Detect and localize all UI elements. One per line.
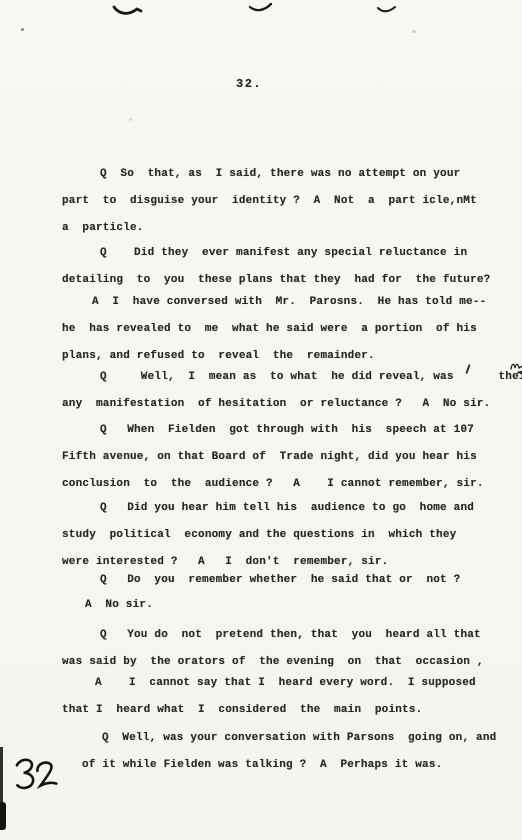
- transcript-paragraph: Q Do you remember whether he said that o…: [62, 567, 498, 594]
- transcript-line: that I heard what I considered the main …: [62, 697, 498, 724]
- transcript-paragraph: Q Well, I mean as to what he did reveal,…: [62, 364, 498, 418]
- transcript-paragraph: Q When Fielden got through with his spee…: [62, 417, 498, 498]
- transcript-line: study political economy and the question…: [62, 522, 498, 549]
- transcript-paragraph: Q You do not pretend then, that you hear…: [62, 622, 498, 676]
- transcript-paragraph: Q Did you hear him tell his audience to …: [62, 495, 498, 576]
- ink-squiggle-icon: [376, 3, 398, 16]
- transcript-line: Q So that, as I said, there was no attem…: [62, 161, 498, 188]
- transcript-line: Q Did you hear him tell his audience to …: [62, 495, 498, 522]
- line-text: Q Well, I mean as to what he did reveal,…: [100, 371, 460, 383]
- transcript-paragraph: A No sir.: [62, 592, 498, 619]
- corrected-word: their: [460, 364, 522, 391]
- document-page: 32. Q So that, as I said, there was no a…: [0, 0, 522, 840]
- handwritten-page-number: [10, 753, 61, 805]
- transcript-paragraph: Q Well, was your conversation with Parso…: [82, 725, 518, 779]
- strikethrough-mark: [466, 364, 471, 374]
- transcript-line: Q Well, I mean as to what he did reveal,…: [62, 364, 498, 391]
- page-number: 32.: [236, 77, 262, 91]
- transcript-line: a particle.: [62, 215, 498, 242]
- transcript-line: A I have conversed with Mr. Parosns. He …: [62, 289, 498, 316]
- transcript-paragraph: A I have conversed with Mr. Parosns. He …: [62, 289, 498, 370]
- paper-speck: [129, 118, 132, 121]
- transcript-line: of it while Fielden was talking ? A Perh…: [82, 752, 518, 779]
- transcript-paragraph: Q So that, as I said, there was no attem…: [62, 161, 498, 242]
- ink-squiggle-icon: [248, 1, 274, 15]
- transcript-line: conclusion to the audience ? A I cannot …: [62, 471, 498, 498]
- transcript-paragraph: A I cannot say that I heard every word. …: [62, 670, 498, 724]
- ink-squiggle-icon: [112, 3, 144, 19]
- paper-speck: [412, 30, 416, 33]
- transcript-line: Q When Fielden got through with his spee…: [62, 417, 498, 444]
- transcript-line: Q You do not pretend then, that you hear…: [62, 622, 498, 649]
- transcript-line: he has revealed to me what he said were …: [62, 316, 498, 343]
- transcript-paragraph: Q Did they ever manifest any special rel…: [62, 240, 498, 294]
- transcript-line: Fifth avenue, on that Board of Trade nig…: [62, 444, 498, 471]
- scan-edge-artifact: [0, 802, 6, 830]
- handwritten-correction-mark: [472, 356, 522, 383]
- transcript-line: A I cannot say that I heard every word. …: [62, 670, 498, 697]
- transcript-line: Q Did they ever manifest any special rel…: [62, 240, 498, 267]
- transcript-line: Q Do you remember whether he said that o…: [62, 567, 498, 594]
- transcript-line: any manifestation of hesitation or reluc…: [62, 391, 498, 418]
- transcript-line: part to disguise your identity ? A Not a…: [62, 188, 498, 215]
- transcript-line: Q Well, was your conversation with Parso…: [82, 725, 518, 752]
- paper-speck: [21, 28, 24, 31]
- transcript-line: A No sir.: [62, 592, 498, 619]
